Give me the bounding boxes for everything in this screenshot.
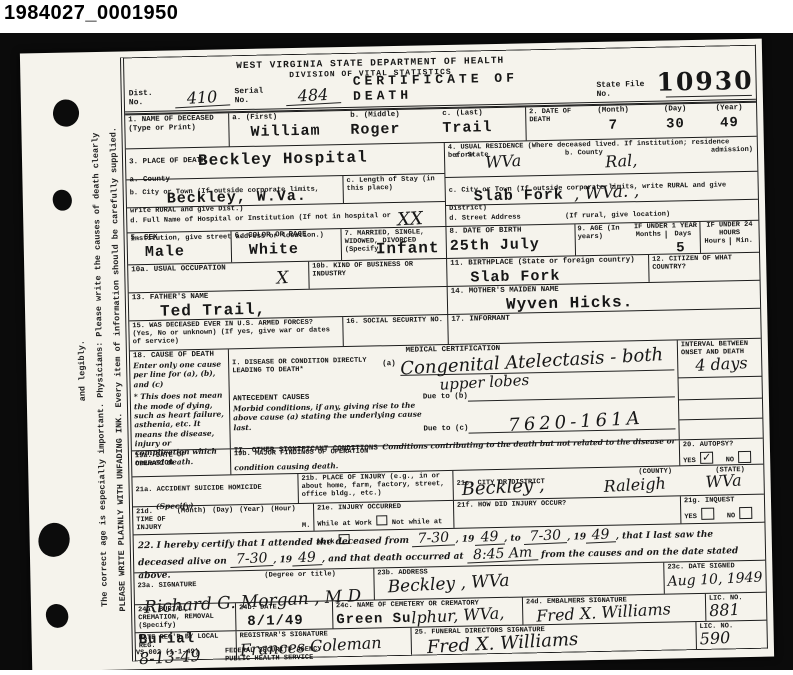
field-inquest: 21g. INQUEST YES NO bbox=[680, 495, 765, 524]
injury-day-label: (Day) bbox=[212, 506, 234, 531]
field-armed-forces: 15. WAS DECEASED EVER IN U.S. ARMED FORC… bbox=[129, 317, 343, 350]
age-under-day-label: IF UNDER 24 HOURS bbox=[700, 221, 758, 238]
injury-occurred-label: 21e. INJURY OCCURRED bbox=[317, 502, 450, 513]
place-of-injury-label: 21b. PLACE OF INJURY (e.g., in or about … bbox=[301, 472, 449, 499]
certify-seg1: 22. I hereby certify that I attended the… bbox=[138, 536, 409, 551]
field-operation-date: 19a. DATE OF OPERATION bbox=[132, 449, 230, 476]
field-citizenship: 12. CITIZEN OF WHAT COUNTRY? bbox=[648, 253, 760, 282]
age-months-label: Months bbox=[632, 231, 666, 240]
age-months-days: Months Days bbox=[632, 230, 700, 239]
sex-label: 5. SEX bbox=[131, 232, 228, 243]
image-filename-label: 1984027_0001950 bbox=[4, 2, 178, 25]
age-hours-min: Hours Min. bbox=[701, 237, 759, 246]
pod-stay-cell: c. Length of Stay (in this place) bbox=[342, 174, 445, 203]
pod-label: 3. PLACE OF DEATH bbox=[129, 157, 206, 167]
funeral-lic-value: 590 bbox=[699, 630, 730, 648]
ssn-label: 16. SOCIAL SECURITY NO. bbox=[346, 316, 444, 326]
occupation-value: X bbox=[276, 270, 289, 288]
injury-m-label: M. bbox=[302, 522, 311, 530]
field-birthplace: 11. BIRTHPLACE (State or foreign country… bbox=[446, 255, 649, 286]
age-days-label: Days bbox=[665, 230, 700, 239]
serial-no-label: Serial No. bbox=[234, 86, 280, 106]
residence-state-value: WVa bbox=[485, 153, 522, 171]
residence-county-value: Ral, bbox=[605, 153, 638, 171]
dob-value: 25th July bbox=[450, 236, 540, 255]
certify-alive-date: 7-30 bbox=[229, 550, 273, 567]
citizenship-label: 12. CITIZEN OF WHAT COUNTRY? bbox=[652, 254, 756, 272]
dod-year-cell: (Year) 49 bbox=[705, 104, 754, 136]
injury-while-checkbox bbox=[376, 515, 387, 525]
burial-date-value: 8/1/49 bbox=[247, 613, 304, 630]
field-occupation: 10a. USUAL OCCUPATION X bbox=[128, 262, 309, 293]
field-race: 6. COLOR OR RACE White bbox=[230, 229, 341, 262]
injury-month-label: (Month) bbox=[177, 507, 207, 533]
how-injury-label: 21f. HOW DID INJURY OCCUR? bbox=[457, 497, 677, 509]
certify-to-year: 49 bbox=[586, 527, 616, 543]
sex-value: Male bbox=[145, 243, 185, 261]
due-c-label: Due to (c) bbox=[423, 425, 468, 435]
injury-hour-label: (Hour) bbox=[270, 505, 296, 531]
dod-label-cell: 2. DATE OF DEATH bbox=[529, 107, 582, 139]
certify-yp3: , 19 bbox=[273, 555, 292, 565]
embalmer-lic-value: 881 bbox=[709, 602, 740, 620]
injury-while-label: While at Work bbox=[317, 520, 372, 529]
operation-date-label: 19a. DATE OF OPERATION bbox=[135, 450, 227, 468]
first-name-value: William bbox=[250, 122, 320, 140]
interval-blank-2 bbox=[679, 399, 762, 421]
certify-from-year: 49 bbox=[474, 530, 504, 546]
field-ssn: 16. SOCIAL SECURITY NO. bbox=[342, 315, 448, 346]
field-funeral-lic: LIC. NO. 590 bbox=[695, 621, 767, 649]
age-under-day-cell: IF UNDER 24 HOURS Hours Min. bbox=[699, 221, 759, 253]
cause-a-label: (a) bbox=[382, 360, 396, 376]
certify-seg4: , and that death occurred at bbox=[322, 551, 464, 564]
physician-signature-label: 23a. SIGNATURE bbox=[138, 581, 197, 590]
certify-time: 8:45 Am bbox=[466, 545, 538, 563]
cause-note1: Enter only one cause per line for (a), (… bbox=[133, 359, 226, 389]
injury-county-value: Raleigh bbox=[603, 476, 666, 495]
first-name-cell: a. (First) William bbox=[232, 112, 351, 145]
field-usual-residence: 4. USUAL RESIDENCE (Where deceased lived… bbox=[444, 137, 759, 226]
field-place-of-injury: 21b. PLACE OF INJURY (e.g., in or about … bbox=[297, 471, 453, 503]
certify-yp2: , 19 bbox=[567, 532, 586, 542]
dod-day-label: (Day) bbox=[645, 105, 705, 115]
certificate-form: WEST VIRGINIA STATE DEPARTMENT OF HEALTH… bbox=[120, 45, 768, 662]
autopsy-yes-checkbox: ✓ bbox=[700, 451, 713, 463]
form-number: VS-002 (1-1-49) bbox=[136, 648, 199, 657]
residence-city-handwritten: , WVa. , bbox=[573, 183, 639, 204]
middle-name-cell: b. (Middle) Roger bbox=[350, 110, 443, 143]
dod-month-cell: (Month) 7 bbox=[581, 106, 646, 138]
injury-state-value: WVa bbox=[705, 472, 742, 490]
field-funeral-director: 25. FUNERAL DIRECTORS SIGNATURE Fred X. … bbox=[410, 622, 695, 655]
age-hours-label: Hours bbox=[701, 237, 730, 246]
form-footer: VS-002 (1-1-49) FEDERAL SECURITY AGENCY … bbox=[136, 645, 322, 665]
dod-year-value: 49 bbox=[720, 115, 739, 131]
cause-a-line: Congenital Atelectasis - both bbox=[400, 350, 675, 376]
dod-year-label: (Year) bbox=[705, 104, 753, 114]
field-burial: 24a. BURIAL, CREMATION, REMOVAL (Specify… bbox=[135, 603, 236, 632]
field-date-of-death: 2. DATE OF DEATH (Month) 7 (Day) 30 (Yea… bbox=[525, 103, 757, 141]
age-minutes-label: Min. bbox=[729, 237, 759, 246]
inquest-yes-checkbox bbox=[701, 507, 714, 519]
field-embalmer-lic: LIC. NO. 881 bbox=[705, 593, 767, 621]
armed-forces-note: (Yes, No or unknown) (If yes, give war o… bbox=[132, 326, 339, 346]
due-b-label: Due to (b) bbox=[423, 393, 468, 403]
last-name-cell: c. (Last) Trail bbox=[442, 108, 523, 141]
state-file-label: State File No. bbox=[596, 80, 661, 99]
dod-month-label: (Month) bbox=[581, 106, 645, 116]
last-name-label: c. (Last) bbox=[442, 108, 522, 119]
burial-label: 24a. BURIAL, CREMATION, REMOVAL (Specify… bbox=[138, 604, 232, 630]
punch-hole bbox=[43, 601, 72, 631]
interval-value: 4 days bbox=[695, 355, 748, 374]
age-years-cell: 9. AGE (In years) bbox=[575, 223, 632, 255]
middle-name-value: Roger bbox=[350, 121, 400, 139]
punch-hole bbox=[34, 519, 74, 561]
middle-name-label: b. (Middle) bbox=[350, 110, 442, 121]
residence-street-label: d. Street Address bbox=[449, 213, 521, 222]
physician-address-value: Beckley , WVa bbox=[387, 573, 510, 597]
field-injury-occurred: 21e. INJURY OCCURRED While at Work Not w… bbox=[313, 501, 454, 531]
residence-city-typed: Slab Fork bbox=[474, 188, 564, 205]
certify-to-date: 7-30 bbox=[523, 528, 567, 545]
dob-label: 8. DATE OF BIRTH bbox=[449, 225, 571, 236]
certify-from-date: 7-30 bbox=[412, 530, 456, 547]
antecedent-cell: ANTECEDENT CAUSES Morbid conditions, if … bbox=[233, 391, 424, 438]
antecedent-note: Morbid conditions, if any, giving rise t… bbox=[233, 400, 424, 432]
field-physician-signature: 23a. SIGNATURE (Degree or title) Richard… bbox=[134, 569, 373, 605]
last-name-value: Trail bbox=[442, 119, 492, 137]
field-date-signed: 23c. DATE SIGNED Aug 10, 1949 bbox=[663, 561, 765, 594]
row-place-residence: 3. PLACE OF DEATH a. County Beckley Hosp… bbox=[126, 136, 759, 233]
field-industry: 10b. KIND OF BUSINESS OR INDUSTRY bbox=[308, 259, 447, 289]
field-age: 9. AGE (In years) IF UNDER 1 YEAR Months… bbox=[574, 221, 759, 256]
margin-note-age: The correct age is especially important.… bbox=[91, 88, 112, 652]
agency-block: FEDERAL SECURITY AGENCY PUBLIC HEALTH SE… bbox=[225, 645, 322, 663]
name-label-text: 1. NAME OF DECEASED (Type or Print) bbox=[128, 114, 225, 134]
interval-cell: INTERVAL BETWEEN ONSET AND DEATH 4 days bbox=[678, 339, 762, 379]
burial-date-label: 24b. DATE bbox=[239, 602, 329, 612]
field-date-of-birth: 8. DATE OF BIRTH 25th July bbox=[445, 224, 575, 258]
field-accident: 21a. ACCIDENT SUICIDE HOMICIDE (Specify) bbox=[132, 474, 298, 506]
pod-institution-label: d. Full Name of Hospital or Institution bbox=[130, 214, 294, 225]
punch-hole bbox=[51, 188, 74, 212]
accident-label: 21a. ACCIDENT SUICIDE HOMICIDE bbox=[136, 484, 262, 495]
death-certificate-page: and legibly. The correct age is especial… bbox=[20, 39, 774, 670]
due-cells: Due to (b) Due to (c) 7620-161A bbox=[423, 386, 676, 434]
service-name: PUBLIC HEALTH SERVICE bbox=[225, 654, 322, 664]
medcert-antecedent-row: ANTECEDENT CAUSES Morbid conditions, if … bbox=[230, 386, 679, 438]
first-name-label: a. (First) bbox=[232, 112, 350, 123]
race-value: White bbox=[249, 241, 299, 259]
field-cemetery: 24c. NAME OF CEMETERY OR CREMATORY Green… bbox=[332, 598, 523, 629]
row-cause-of-death: 18. CAUSE OF DEATH Enter only one cause … bbox=[130, 338, 763, 451]
pod-county-value: Beckley Hospital bbox=[198, 150, 368, 169]
pod-county-cell: 3. PLACE OF DEATH a. County Beckley Hosp… bbox=[126, 143, 445, 179]
field-name-label: 1. NAME OF DECEASED (Type or Print) bbox=[125, 113, 229, 148]
serial-no-value: 484 bbox=[285, 86, 340, 106]
certify-yp1: , 19 bbox=[456, 534, 475, 544]
field-interval: INTERVAL BETWEEN ONSET AND DEATH 4 days bbox=[677, 339, 763, 440]
field-sex: 5. SEX Male bbox=[128, 231, 232, 264]
age-label: 9. AGE (In years) bbox=[577, 224, 629, 241]
cemetery-typed: Green Su bbox=[336, 611, 412, 629]
autopsy-no-label: NO bbox=[726, 456, 735, 464]
inquest-label: 21g. INQUEST bbox=[684, 496, 761, 506]
age-under-year-cell: IF UNDER 1 YEAR Months Days 5 bbox=[631, 222, 700, 254]
scan-background: and legibly. The correct age is especial… bbox=[0, 33, 793, 670]
state-file-blank bbox=[666, 85, 752, 98]
field-place-of-death: 3. PLACE OF DEATH a. County Beckley Hosp… bbox=[126, 143, 446, 232]
date-signed-value: Aug 10, 1949 bbox=[667, 571, 762, 589]
screenshot-stage: 1984027_0001950 and legibly. The correct… bbox=[0, 0, 793, 675]
residence-street-note: (If rural, give location) bbox=[565, 210, 670, 220]
field-autopsy: 20. AUTOPSY? YES ✓ NO bbox=[679, 439, 763, 466]
inquest-no-label: NO bbox=[727, 512, 736, 520]
residence-label-end: admission) bbox=[711, 146, 753, 155]
pod-stay-label: c. Length of Stay (in this place) bbox=[346, 175, 441, 193]
field-embalmer: 24d. EMBALMERS SIGNATURE Fred X. William… bbox=[522, 594, 706, 625]
autopsy-label: 20. AUTOPSY? bbox=[683, 440, 760, 450]
race-label: 6. COLOR OR RACE bbox=[235, 230, 338, 241]
field-injury-time: 21d. TIME OF INJURY (Month) (Day) (Year)… bbox=[133, 504, 314, 535]
dist-no-label: Dist. No. bbox=[129, 88, 171, 108]
field-medical-certification: MEDICAL CERTIFICATION I. DISEASE OR COND… bbox=[228, 340, 679, 448]
dist-no-value: 410 bbox=[175, 88, 230, 108]
industry-label: 10b. KIND OF BUSINESS OR INDUSTRY bbox=[312, 260, 443, 279]
physician-degree-label: (Degree or title) bbox=[264, 570, 336, 579]
certificate-title: CERTIFICATE OF DEATH bbox=[353, 69, 579, 104]
injury-year-label: (Year) bbox=[239, 506, 265, 532]
injury-city-value: Beckley , bbox=[461, 477, 545, 500]
certify-alive-year: 49 bbox=[292, 550, 322, 566]
field-marital: 7. MARRIED, SINGLE, WIDOWED, DIVORCED (S… bbox=[340, 227, 446, 260]
direct-cause-label: I. DISEASE OR CONDITION DIRECTLY LEADING… bbox=[232, 356, 382, 379]
inquest-yes-label: YES bbox=[684, 513, 697, 521]
autopsy-no-checkbox bbox=[738, 451, 751, 463]
margin-note-legibly: and legibly. bbox=[73, 88, 94, 652]
inquest-no-checkbox bbox=[739, 507, 752, 519]
dod-day-cell: (Day) 30 bbox=[645, 105, 706, 137]
field-burial-date: 24b. DATE 8/1/49 bbox=[235, 601, 333, 630]
injury-time-label: 21d. TIME OF INJURY bbox=[136, 508, 171, 534]
field-cause-notes: 18. CAUSE OF DEATH Enter only one cause … bbox=[130, 349, 230, 450]
interval-blank-1 bbox=[679, 377, 762, 401]
cemetery-handwritten: lphur, WVa, bbox=[411, 605, 505, 626]
residence-county-label: b. County bbox=[565, 149, 603, 158]
certify-seg2: , to bbox=[504, 534, 521, 544]
informant-label: 17. INFORMANT bbox=[451, 310, 757, 325]
dod-month-value: 7 bbox=[609, 118, 619, 134]
dod-day-value: 30 bbox=[666, 116, 685, 132]
dod-label: 2. DATE OF DEATH bbox=[529, 107, 581, 124]
marital-value: Infant bbox=[376, 240, 440, 257]
